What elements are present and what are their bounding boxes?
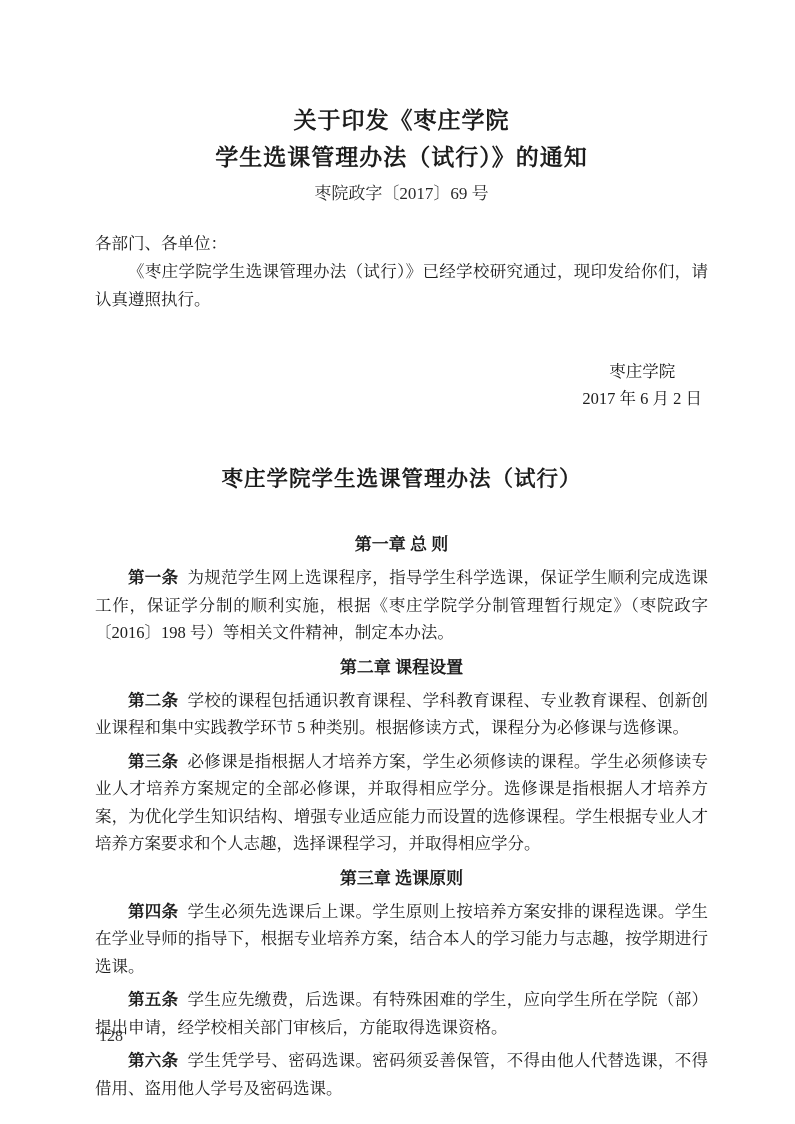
article-1: 第一条为规范学生网上选课程序，指导学生科学选课，保证学生顺利完成选课工作，保证学…: [95, 564, 708, 647]
signature-block: 枣庄学院 2017 年 6 月 2 日: [582, 358, 702, 412]
notice-title-line2: 学生选课管理办法（试行）》的通知: [95, 139, 708, 176]
article-6: 第六条学生凭学号、密码选课。密码须妥善保管，不得由他人代替选课，不得借用、盗用他…: [95, 1047, 708, 1102]
article-1-text: 为规范学生网上选课程序，指导学生科学选课，保证学生顺利完成选课工作，保证学分制的…: [95, 568, 708, 642]
document-number: 枣院政字〔2017〕69 号: [95, 182, 708, 206]
article-4: 第四条学生必须先选课后上课。学生原则上按培养方案安排的课程选课。学生在学业导师的…: [95, 898, 708, 981]
document-page: 关于印发《枣庄学院 学生选课管理办法（试行）》的通知 枣院政字〔2017〕69 …: [0, 0, 795, 1124]
regulation-title: 枣庄学院学生选课管理办法（试行）: [95, 464, 708, 494]
article-5: 第五条学生应先缴费，后选课。有特殊困难的学生，应向学生所在学院（部）提出申请，经…: [95, 986, 708, 1041]
article-1-label: 第一条: [128, 568, 178, 587]
notice-title: 关于印发《枣庄学院 学生选课管理办法（试行）》的通知: [95, 102, 708, 176]
article-5-text: 学生应先缴费，后选课。有特殊困难的学生，应向学生所在学院（部）提出申请，经学校相…: [95, 990, 708, 1037]
notice-title-line1: 关于印发《枣庄学院: [95, 102, 708, 139]
chapter-3-heading: 第三章 选课原则: [95, 866, 708, 892]
article-4-text: 学生必须先选课后上课。学生原则上按培养方案安排的课程选课。学生在学业导师的指导下…: [95, 902, 708, 976]
notice-body-paragraph: 《枣庄学院学生选课管理办法（试行）》已经学校研究通过，现印发给你们，请认真遵照执…: [95, 258, 708, 314]
article-5-label: 第五条: [128, 990, 178, 1009]
article-2: 第二条学校的课程包括通识教育课程、学科教育课程、专业教育课程、创新创业课程和集中…: [95, 687, 708, 742]
chapter-2-heading: 第二章 课程设置: [95, 655, 708, 681]
article-3: 第三条必修课是指根据人才培养方案，学生必须修读的课程。学生必须修读专业人才培养方…: [95, 748, 708, 858]
article-2-text: 学校的课程包括通识教育课程、学科教育课程、专业教育课程、创新创业课程和集中实践教…: [95, 691, 708, 738]
page-number: 128: [99, 1028, 123, 1046]
salutation: 各部门、各单位：: [95, 230, 708, 258]
chapter-1-heading: 第一章 总 则: [95, 532, 708, 558]
article-3-text: 必修课是指根据人才培养方案，学生必须修读的课程。学生必须修读专业人才培养方案规定…: [95, 752, 708, 854]
article-3-label: 第三条: [128, 752, 178, 771]
article-6-text: 学生凭学号、密码选课。密码须妥善保管，不得由他人代替选课，不得借用、盗用他人学号…: [95, 1051, 708, 1098]
article-6-label: 第六条: [128, 1051, 178, 1070]
document-content: 关于印发《枣庄学院 学生选课管理办法（试行）》的通知 枣院政字〔2017〕69 …: [95, 0, 708, 1102]
signature-date: 2017 年 6 月 2 日: [582, 385, 702, 412]
article-4-label: 第四条: [128, 902, 178, 921]
signature-name: 枣庄学院: [582, 358, 702, 385]
article-2-label: 第二条: [128, 691, 178, 710]
